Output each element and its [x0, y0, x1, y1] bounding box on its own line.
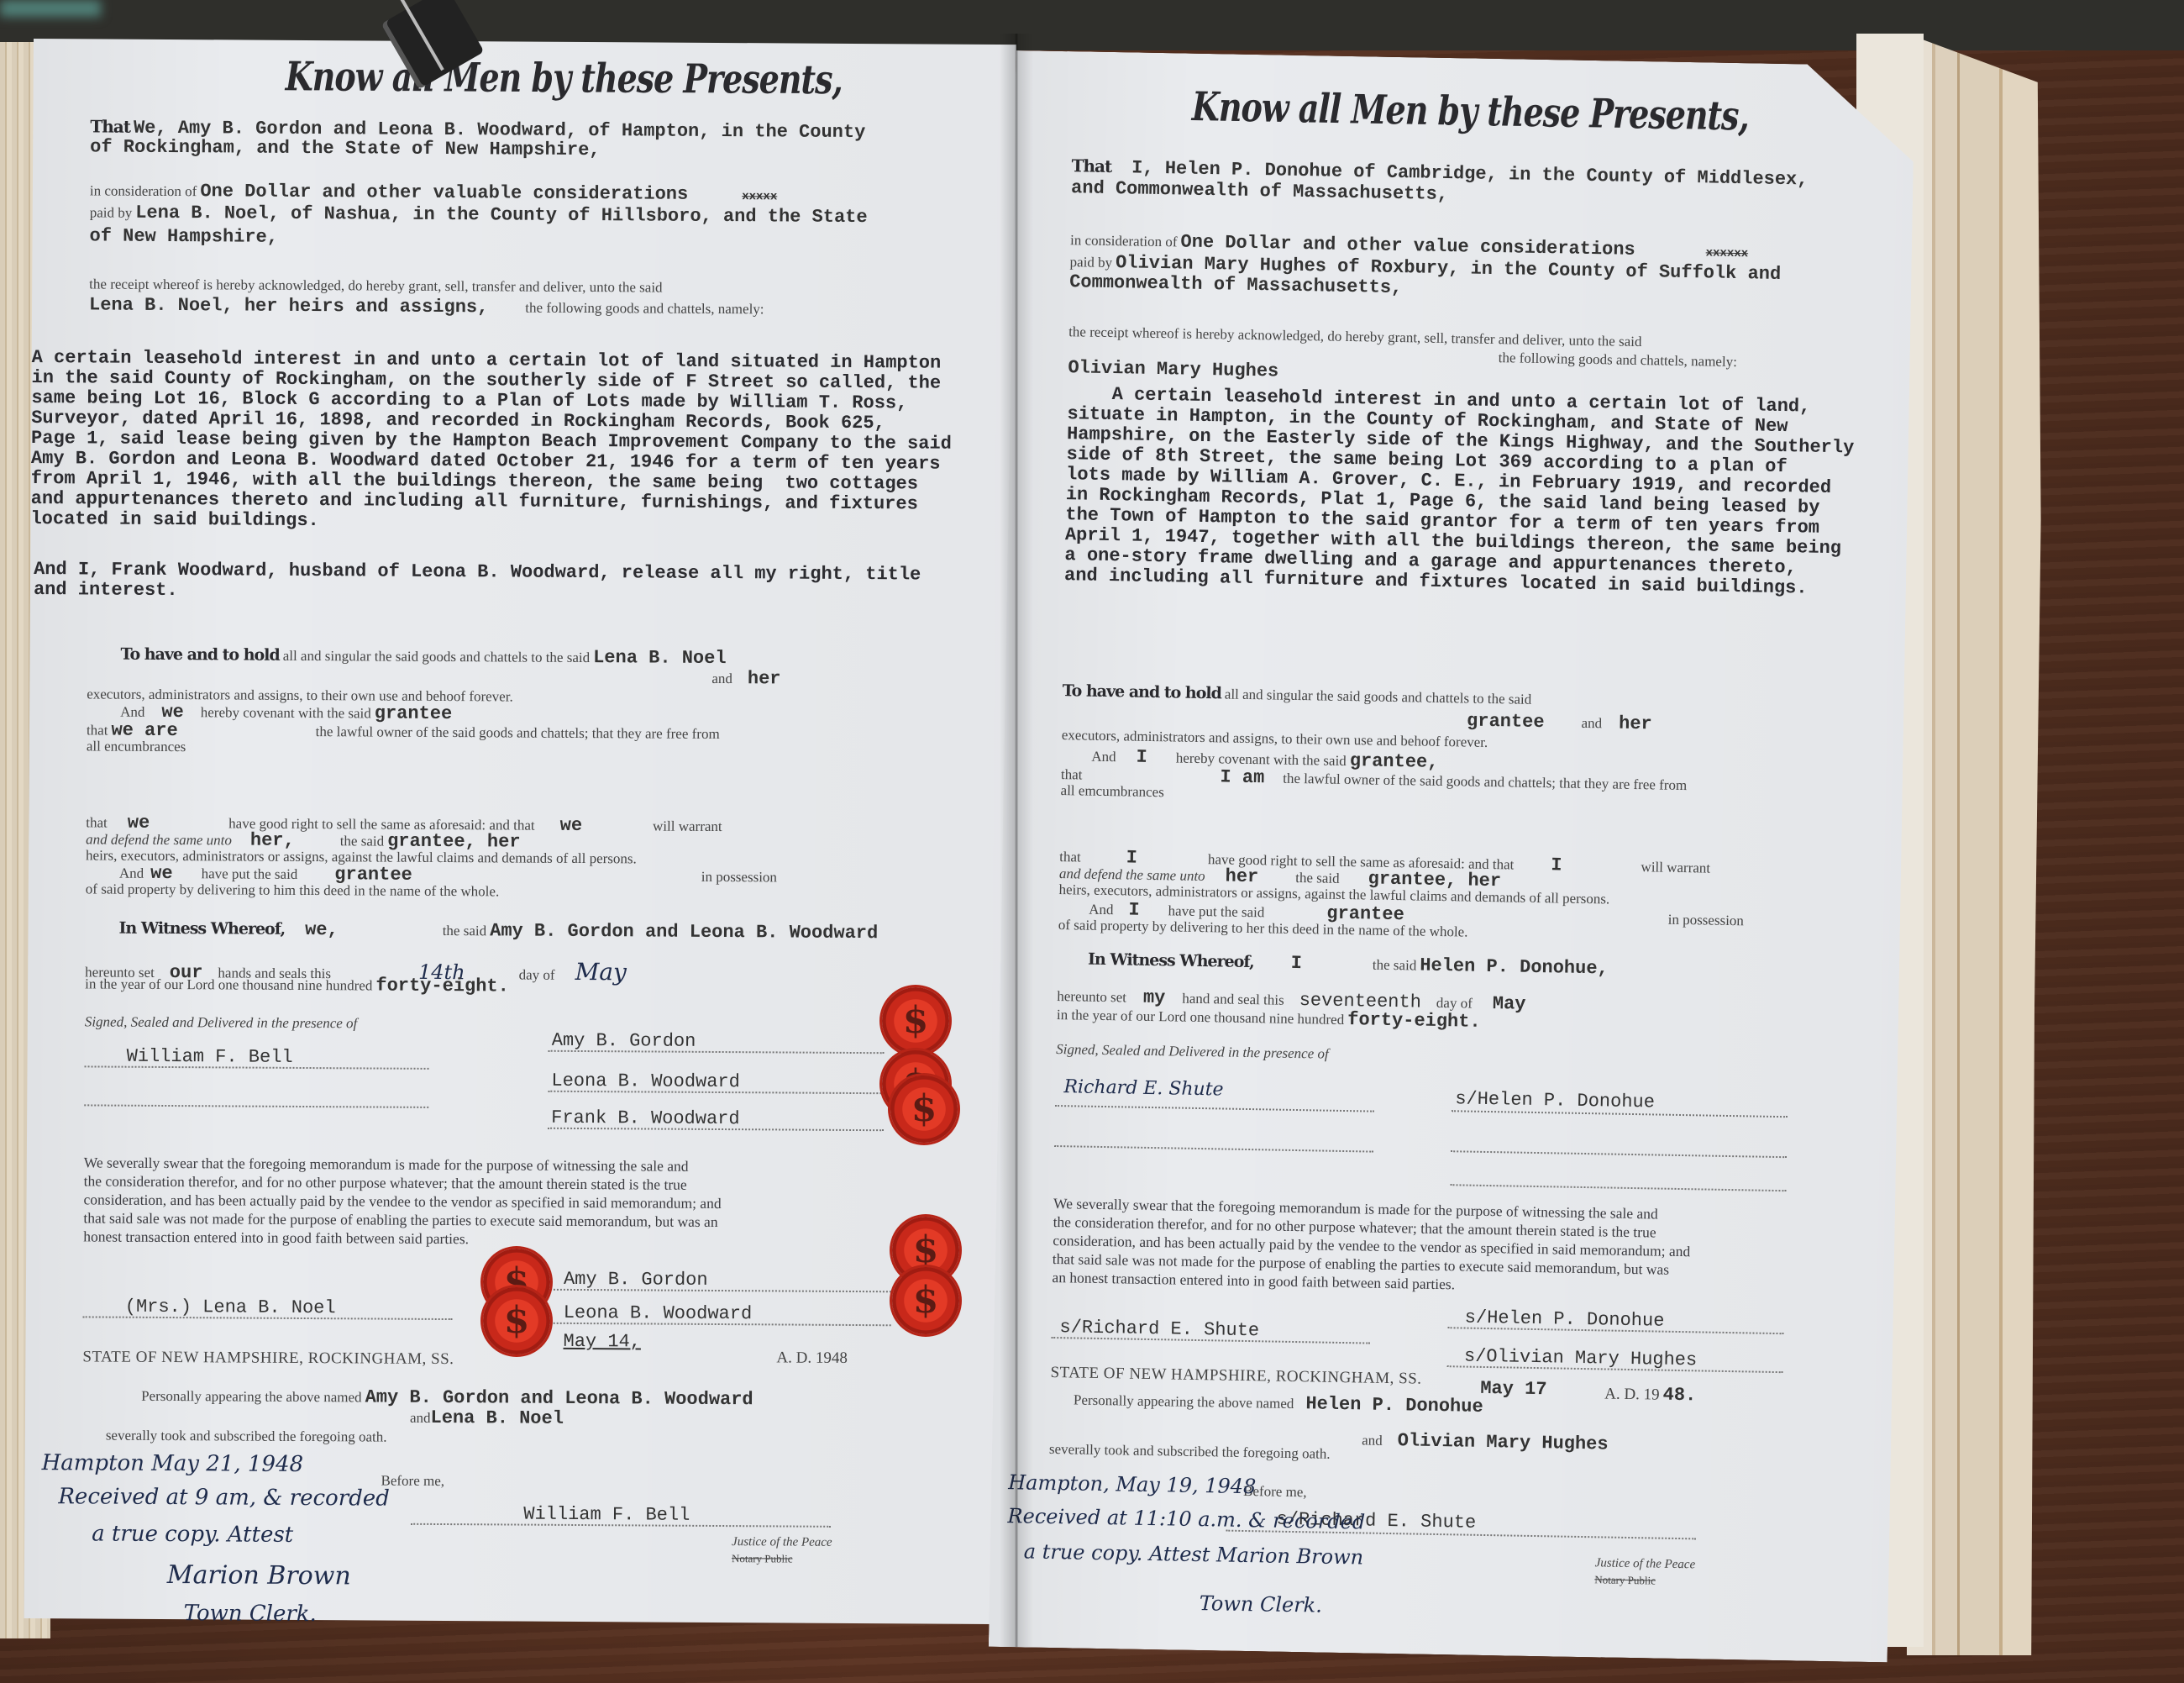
appearing-line-2: andLena B. Noel — [410, 1407, 564, 1429]
witness-signature: Richard E. Shute — [1063, 1076, 1224, 1100]
witness-whereof-label: In Witness Whereof, — [118, 919, 285, 939]
ad-year: A. D. 19 48. — [1604, 1383, 1696, 1406]
receipt-grantee: Olivian Mary Hughes — [1068, 357, 1278, 381]
habendum-text: all and singular the said goods and chat… — [1225, 686, 1532, 707]
oath-paragraph: We severally swear that the foregoing me… — [83, 1153, 722, 1249]
signature-line — [547, 1289, 891, 1293]
hereunto-label: hereunto set — [1057, 988, 1126, 1005]
receipt-text: the receipt whereof is hereby acknowledg… — [1068, 323, 1642, 350]
habendum-grantee: grantee — [1467, 710, 1545, 733]
that-label: That — [90, 116, 130, 136]
receipt-text: the receipt whereof is hereby acknowledg… — [89, 276, 662, 296]
appearing-line: Personally appearing the above named Hel… — [1074, 1389, 1483, 1417]
intro-line-2: of Rockingham, and the State of New Hamp… — [90, 136, 600, 160]
signatory-1: Amy B. Gordon — [552, 1030, 696, 1052]
signatory: s/Helen P. Donohue — [1455, 1088, 1655, 1112]
jurat-date: May 17 — [1480, 1378, 1547, 1400]
oath-signer-1: Amy B. Gordon — [564, 1269, 708, 1291]
struck-text: xxxxxx — [1706, 246, 1749, 260]
witness-names: Amy B. Gordon and Leona B. Woodward — [490, 920, 878, 944]
appearing-label: Personally appearing the above named — [1074, 1391, 1294, 1412]
signature-line — [548, 1091, 884, 1094]
following-goods-label: the following goods and chattels, namely… — [525, 300, 764, 318]
defend-text: and defend the same unto — [86, 831, 232, 848]
and-label: And — [1091, 749, 1116, 765]
witness-signature-line-2 — [1054, 1145, 1373, 1153]
the-said-label: the said — [1373, 957, 1417, 974]
recording-note-line-2: Received at 9 am, & recorded — [58, 1484, 390, 1511]
habendum-grantee: Lena B. Noel — [593, 647, 727, 669]
presence-label: Signed, Sealed and Delivered in the pres… — [1056, 1041, 1329, 1063]
property-description: A certain leasehold interest in and unto… — [30, 348, 952, 535]
that-label: that — [1061, 766, 1083, 782]
signature-line — [1450, 1184, 1786, 1191]
i-value: I — [1551, 855, 1562, 876]
witness-signature-line — [85, 1065, 429, 1070]
habendum-text: all and singular the said goods and chat… — [283, 648, 591, 665]
wax-seal: $ — [890, 1076, 958, 1143]
and-label: and — [1581, 715, 1602, 731]
warrant-text: will warrant — [1641, 859, 1710, 876]
paid-by-line-2: of New Hampshire, — [89, 225, 278, 247]
officer-title: Justice of the Peace — [1595, 1556, 1696, 1572]
struck-text: xxxxx — [742, 190, 777, 203]
i-am-value: I am — [1220, 766, 1264, 788]
month-handwritten: May — [575, 958, 627, 986]
clerk-title: Town Clerk. — [1200, 1591, 1323, 1617]
appearing-name-2: Lena B. Noel — [430, 1407, 564, 1429]
day-of-label: day of — [1436, 995, 1473, 1012]
possession-text: have put the said — [1168, 902, 1264, 920]
encumbrances-text: all encumbrances — [87, 738, 186, 755]
warrant-text: will warrant — [653, 818, 722, 835]
struck-officer-title: Notary Public — [1594, 1573, 1656, 1587]
day-of-label: day of — [519, 967, 555, 983]
deed-heading: Know all Men by these Presents, — [1191, 82, 1749, 139]
signature-line — [549, 1050, 885, 1054]
oath-paragraph: We severally swear that the foregoing me… — [1052, 1194, 1691, 1297]
we-value: we — [560, 815, 583, 836]
deed-heading: Know all Men by these Presents, — [286, 52, 843, 103]
habendum-line: To have and to hold all and singular the… — [1063, 681, 1532, 708]
habendum-line: To have and to hold all and singular the… — [120, 644, 726, 669]
year-value: forty-eight. — [1347, 1009, 1481, 1033]
right-deed-page: 295 Know all Men by these Presents, That… — [989, 50, 1915, 1662]
ad-label: A. D. 19 — [1604, 1385, 1660, 1403]
signature-line — [548, 1128, 884, 1131]
receipt-grantee-line: Lena B. Noel, her heirs and assigns, the… — [89, 294, 764, 319]
witness-names: Helen P. Donohue, — [1420, 955, 1609, 980]
recording-note-line-3: a true copy. Attest Marion Brown — [1024, 1539, 1364, 1569]
her-value: her — [1619, 713, 1652, 735]
covenant-text: hereby covenant with the said — [201, 704, 371, 721]
wax-seal: $ — [882, 987, 949, 1055]
property-description: A certain leasehold interest in and unto… — [1064, 384, 1855, 599]
wax-seal: $ — [483, 1287, 550, 1354]
year-value: forty-eight. — [375, 976, 509, 997]
month-value: May — [1493, 993, 1526, 1015]
state-venue: STATE OF NEW HAMPSHIRE, ROCKINGHAM, SS. — [82, 1348, 454, 1369]
that-label: that — [87, 722, 108, 738]
officer-signature-line — [411, 1523, 831, 1528]
and-label: And — [1089, 902, 1114, 918]
signature-line — [1451, 1150, 1787, 1158]
the-said-label: the said — [443, 923, 487, 939]
before-me-label: Before me, — [381, 1473, 444, 1490]
in-possession-label: in possession — [1668, 912, 1745, 929]
delivery-text: of said property by delivering to him th… — [86, 881, 500, 900]
paid-by-label: paid by — [90, 204, 133, 220]
and-label: and — [1362, 1432, 1383, 1448]
ad-year: A. D. 1948 — [776, 1349, 848, 1368]
signature-line — [547, 1323, 891, 1327]
the-said-label: the said — [1295, 870, 1340, 886]
spousal-release: And I, Frank Woodward, husband of Leona … — [34, 560, 921, 605]
encumbrances-text: all emcumbrances — [1060, 782, 1164, 801]
her-value: her — [748, 668, 781, 689]
paid-by-value: Lena B. Noel, of Nashua, in the County o… — [135, 202, 867, 228]
habendum-label: To have and to hold — [1063, 681, 1222, 702]
presence-label: Signed, Sealed and Delivered in the pres… — [85, 1013, 358, 1032]
oath-signer-2: Leona B. Woodward — [564, 1302, 753, 1324]
consideration-label: in consideration of — [90, 182, 197, 199]
appearing-line: Personally appearing the above named Amy… — [141, 1386, 753, 1410]
owner-text: the lawful owner of the said goods and c… — [1283, 770, 1687, 793]
book-gutter — [1000, 34, 1033, 1647]
witness-signature-line — [1055, 1105, 1374, 1112]
the-said-label: the said — [340, 833, 385, 849]
and-her-line: and her — [711, 668, 780, 690]
witness-whereof-line: In Witness Whereof, I the said Helen P. … — [1088, 949, 1609, 980]
witness-whereof-line: In Witness Whereof, we, the said Amy B. … — [118, 918, 878, 944]
witness-whereof-label: In Witness Whereof, — [1088, 950, 1254, 971]
consideration-line: in consideration of One Dollar and other… — [90, 180, 778, 205]
and-label: and — [711, 671, 732, 686]
officer-title: Justice of the Peace — [732, 1535, 832, 1550]
i-value: I — [1290, 953, 1302, 974]
oath-taken-text: severally took and subscribed the forego… — [106, 1428, 387, 1446]
and-label: And — [120, 704, 144, 720]
oath-vendee: (Mrs.) Lena B. Noel — [125, 1296, 336, 1319]
and-label: and — [410, 1410, 431, 1426]
recording-note-line-3: a true copy. Attest — [92, 1521, 293, 1547]
left-deed-page: Know all Men by these Presents, That We,… — [24, 39, 1016, 1624]
following-goods-label: the following goods and chattels, namely… — [1499, 350, 1738, 371]
recording-note-line-1: Hampton, May 19, 1948 — [1008, 1470, 1257, 1498]
oath-taken-text: severally took and subscribed the forego… — [1049, 1441, 1331, 1463]
receipt-grantee: Lena B. Noel, her heirs and assigns, — [89, 294, 488, 318]
and-label: And — [119, 865, 144, 881]
clerk-title: Town Clerk. — [183, 1601, 316, 1627]
year-text: in the year of our Lord one thousand nin… — [85, 976, 372, 993]
wax-seal: $ — [892, 1267, 959, 1334]
witness-name: William F. Bell — [127, 1046, 293, 1068]
we-value: we, — [305, 919, 339, 940]
signatory-2: Leona B. Woodward — [551, 1070, 740, 1092]
oath-date: May 14, — [563, 1331, 641, 1353]
year-text: in the year of our Lord one thousand nin… — [1057, 1007, 1345, 1028]
appearing-name: Helen P. Donohue — [1305, 1393, 1483, 1417]
appearing-line-2: and Olivian Mary Hughes — [1362, 1429, 1609, 1454]
witness-signature-line-2 — [84, 1104, 428, 1108]
appearing-name-2: Olivian Mary Hughes — [1398, 1430, 1609, 1454]
habendum-label: To have and to hold — [120, 645, 279, 665]
consideration-value: One Dollar and other valuable considerat… — [200, 181, 688, 205]
that-label: That — [1071, 155, 1111, 176]
background-object — [0, 0, 101, 17]
possession-text: have put the said — [202, 865, 298, 882]
signatory-3: Frank B. Woodward — [551, 1107, 740, 1129]
paid-by-line: paid by Lena B. Noel, of Nashua, in the … — [90, 202, 868, 228]
year-value: 48. — [1662, 1385, 1696, 1407]
recording-note-line-2: Received at 11:10 a.m. & recorded — [1007, 1504, 1365, 1533]
paid-by-label: paid by — [1069, 254, 1112, 271]
in-possession-label: in possession — [701, 869, 777, 886]
owner-text: the lawful owner of the said goods and c… — [316, 723, 720, 742]
clerk-signature: Marion Brown — [167, 1560, 351, 1591]
officer-name: William F. Bell — [523, 1504, 690, 1526]
state-venue: STATE OF NEW HAMPSHIRE, ROCKINGHAM, SS. — [1050, 1364, 1421, 1389]
recording-note-line-1: Hampton May 21, 1948 — [42, 1450, 304, 1477]
struck-officer-title: Notary Public — [732, 1552, 793, 1565]
appearing-label: Personally appearing the above named — [141, 1388, 362, 1406]
grantee-and-her-line: grantee and her — [1467, 710, 1652, 734]
consideration-label: in consideration of — [1070, 232, 1178, 250]
hand-seal-label: hand and seal this — [1182, 991, 1284, 1008]
year-line: in the year of our Lord one thousand nin… — [85, 973, 509, 997]
signature-line — [83, 1316, 453, 1320]
